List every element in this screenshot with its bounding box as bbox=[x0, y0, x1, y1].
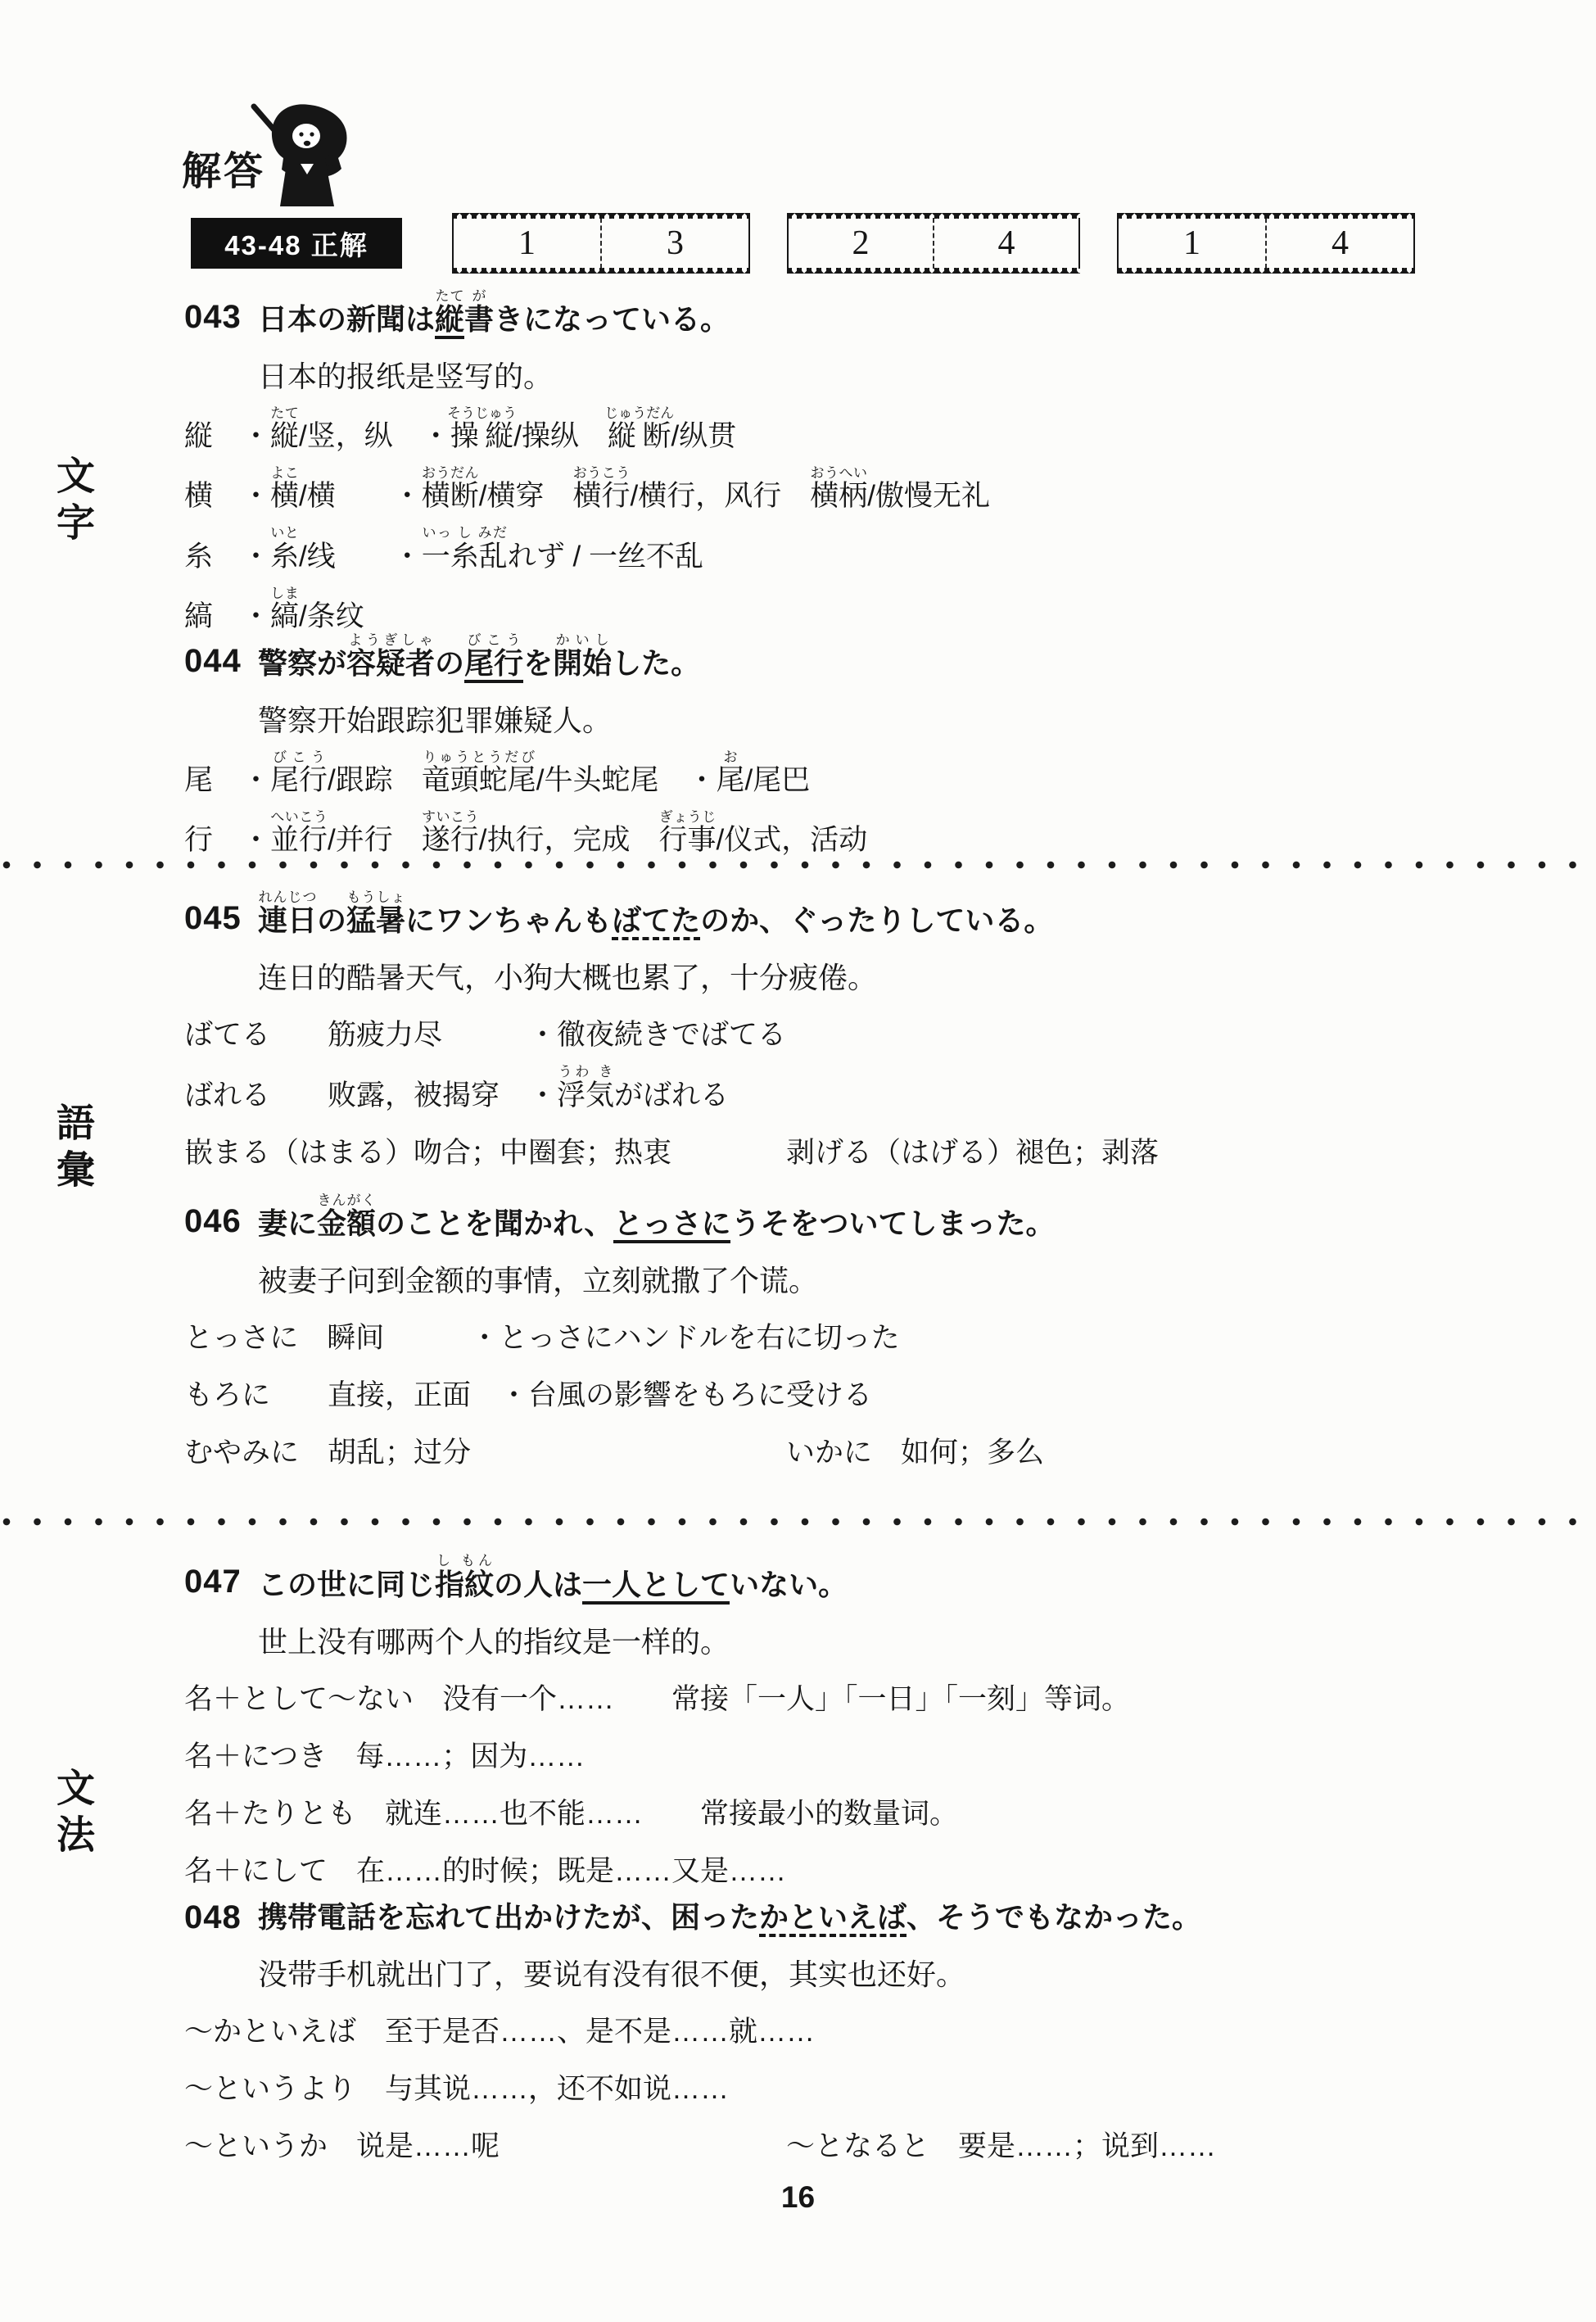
text-segment: /仪式，活动 bbox=[717, 824, 868, 856]
text-segment: むやみに 胡乱；过分 いかに 如何；多么 bbox=[184, 1437, 1044, 1469]
text-segment: /执行，完成 bbox=[479, 824, 659, 856]
question-section-048: 048 携帯電話を忘れて出かけたが、困ったかといえば、そうでもなかった。 没带手… bbox=[184, 1889, 1560, 2175]
question-title: 046 妻に金額きんがくのことを聞かれ、とっさにうそをついてしまった。 bbox=[184, 1193, 1560, 1252]
text-segment: /尾巴 bbox=[745, 764, 811, 796]
answer-value: 4 bbox=[933, 218, 1078, 269]
ruby-text-segment: 尾お bbox=[717, 764, 745, 796]
answer-box-2: 2 4 bbox=[787, 218, 1080, 269]
ruby-text-segment: 操縦そうじゅう bbox=[450, 420, 514, 452]
vocab-row: 尾 ・尾行びこう/跟踪 竜頭蛇尾りゅうとうだび/牛头蛇尾 ・尾お/尾巴 bbox=[184, 749, 1560, 809]
answer-box-1: 1 3 bbox=[452, 218, 750, 269]
answer-value: 1 bbox=[1119, 218, 1265, 269]
sidebar-label-bunpo: 文法 bbox=[46, 1768, 101, 1861]
vocab-row: 名＋として〜ない 没有一个…… 常接「一人」「一日」「一刻」等词。 bbox=[184, 1671, 1560, 1728]
text-segment: 名＋たりとも 就连……也不能…… 常接最小的数量词。 bbox=[184, 1798, 958, 1830]
text-segment: 嵌まる（はまる）吻合；中圈套；热衷 剥げる（はげる）褪色；剥落 bbox=[184, 1137, 1159, 1169]
ruby-text-segment: 並行へいこう bbox=[270, 824, 328, 856]
text-segment: 名＋として〜ない 没有一个…… 常接「一人」「一日」「一刻」等词。 bbox=[184, 1683, 1130, 1715]
question-translation: 日本的报纸是竖写的。 bbox=[258, 348, 1560, 405]
question-section-045: 045 連日れんじつの猛暑もうしょにワンちゃんもばてたのか、ぐったりしている。 … bbox=[184, 889, 1560, 1182]
text-segment: 一人として bbox=[582, 1568, 730, 1605]
question-translation: 警察开始跟踪犯罪嫌疑人。 bbox=[258, 692, 1560, 749]
ruby-text-segment: 一糸乱いっ し みだ bbox=[422, 541, 508, 573]
vocab-row: 縦 ・縦たて/竖，纵 ・操縦そうじゅう/操纵 縦断じゅうだん/纵贯 bbox=[184, 405, 1560, 465]
answer-range-badge: 43-48 正解 bbox=[191, 218, 402, 269]
vocab-row: 名＋たりとも 就连……也不能…… 常接最小的数量词。 bbox=[184, 1786, 1560, 1843]
text-segment: 行 ・ bbox=[184, 824, 270, 856]
text-segment: のか、ぐったりしている。 bbox=[700, 903, 1053, 937]
text-segment: 〜というか 说是……呢 〜となると 要是……；说到…… bbox=[184, 2130, 1216, 2162]
text-segment: /横 ・ bbox=[299, 480, 422, 512]
sidebar-label-goi: 語彙 bbox=[46, 1102, 101, 1196]
question-sentence: この世に同じ指紋し もんの人は一人としていない。 bbox=[258, 1553, 848, 1614]
teacher-girl-icon bbox=[246, 100, 360, 210]
question-title: 044 警察が容疑者ようぎしゃの尾行びこうを開始かいしした。 bbox=[184, 632, 1560, 692]
text-segment: /操纵 bbox=[513, 420, 608, 452]
text-segment: /牛头蛇尾 ・ bbox=[536, 764, 717, 796]
text-segment: /横行，风行 bbox=[631, 480, 811, 512]
text-segment: ばれる 败露，被揭穿 ・ bbox=[184, 1080, 557, 1111]
ruby-text-segment: 縦たて bbox=[270, 420, 299, 452]
question-translation: 没带手机就出门了，要说有没有很不便，其实也还好。 bbox=[258, 1946, 1560, 2003]
text-segment: /傲慢无礼 bbox=[867, 480, 990, 512]
question-number: 045 bbox=[184, 889, 258, 949]
vocab-row: ばれる 败露，被揭穿 ・浮気うわ きがばれる bbox=[184, 1064, 1560, 1125]
textbook-answer-page: 解答 43-48 正解 1 3 2 4 1 4 文字 語彙 文 bbox=[0, 0, 1596, 2322]
ruby-text-segment: 縦たて bbox=[435, 302, 464, 339]
vocab-rows: ばてる 筋疲力尽 ・徹夜続きでばてるばれる 败露，被揭穿 ・浮気うわ きがばれる… bbox=[184, 1007, 1560, 1182]
question-sentence: 警察が容疑者ようぎしゃの尾行びこうを開始かいしした。 bbox=[258, 632, 700, 692]
text-segment: 糸 ・ bbox=[184, 541, 270, 573]
ruby-text-segment: 横断おうだん bbox=[422, 480, 479, 512]
answer-value: 1 bbox=[454, 218, 600, 269]
text-segment: /条纹 bbox=[299, 600, 364, 632]
text-segment: 妻に bbox=[258, 1206, 317, 1240]
text-segment: 携帯電話を忘れて出かけたが、困った bbox=[258, 1900, 759, 1934]
answer-box-3: 1 4 bbox=[1117, 218, 1415, 269]
vocab-rows: とっさに 瞬间 ・とっさにハンドルを右に切ったもろに 直接，正面 ・台風の影響を… bbox=[184, 1310, 1560, 1482]
text-segment: の人は bbox=[494, 1568, 582, 1601]
text-segment: 尾 ・ bbox=[184, 764, 270, 796]
vocab-row: ばてる 筋疲力尽 ・徹夜続きでばてる bbox=[184, 1007, 1560, 1064]
text-segment: とっさに bbox=[613, 1206, 730, 1243]
text-segment: とっさに 瞬间 ・とっさにハンドルを右に切った bbox=[184, 1322, 900, 1354]
text-segment: ばてる 筋疲力尽 ・徹夜続きでばてる bbox=[184, 1019, 786, 1051]
ruby-text-segment: 金額きんがく bbox=[317, 1206, 376, 1240]
ruby-text-segment: 猛暑もうしょ bbox=[346, 903, 405, 937]
question-title: 045 連日れんじつの猛暑もうしょにワンちゃんもばてたのか、ぐったりしている。 bbox=[184, 889, 1560, 949]
text-segment: いない。 bbox=[730, 1568, 848, 1601]
question-section-047: 047 この世に同じ指紋し もんの人は一人としていない。 世上没有哪两个人的指纹… bbox=[184, 1553, 1560, 1900]
question-title: 047 この世に同じ指紋し もんの人は一人としていない。 bbox=[184, 1553, 1560, 1614]
question-number: 048 bbox=[184, 1889, 258, 1946]
text-segment: /横穿 bbox=[479, 480, 573, 512]
question-translation: 世上没有哪两个人的指纹是一样的。 bbox=[258, 1614, 1560, 1671]
dotted-separator bbox=[0, 1515, 1596, 1528]
vocab-row: むやみに 胡乱；过分 いかに 如何；多么 bbox=[184, 1424, 1560, 1482]
text-segment: /竖，纵 ・ bbox=[299, 420, 450, 452]
ruby-text-segment: 連日れんじつ bbox=[258, 903, 317, 937]
text-segment: 〜というより 与其说……，还不如说…… bbox=[184, 2073, 729, 2105]
vocab-row: 〜かといえば 至于是否……、是不是……就…… bbox=[184, 2003, 1560, 2061]
page-number: 16 bbox=[0, 2180, 1596, 2215]
text-segment: ばてた bbox=[612, 903, 700, 940]
text-segment: 警察が bbox=[258, 646, 346, 680]
vocab-row: 行 ・並行へいこう/并行 遂行すいこう/执行，完成 行事ぎょうじ/仪式，活动 bbox=[184, 809, 1560, 869]
vocab-rows: 縦 ・縦たて/竖，纵 ・操縦そうじゅう/操纵 縦断じゅうだん/纵贯横 ・横よこ/… bbox=[184, 405, 1560, 645]
text-segment: この世に同じ bbox=[258, 1568, 435, 1601]
ruby-text-segment: 横行おうこう bbox=[573, 480, 631, 512]
ruby-text-segment: 横よこ bbox=[270, 480, 299, 512]
text-segment: の bbox=[435, 646, 464, 680]
answer-value: 4 bbox=[1265, 218, 1413, 269]
ruby-text-segment: 横柄おうへい bbox=[810, 480, 867, 512]
text-segment: 、そうでもなかった。 bbox=[907, 1900, 1201, 1934]
text-segment: もろに 直接，正面 ・台風の影響をもろに受ける bbox=[184, 1379, 872, 1411]
question-title: 043 日本の新聞は縦たて書がきになっている。 bbox=[184, 288, 1560, 348]
ruby-text-segment: 縞しま bbox=[270, 600, 299, 632]
text-segment: うそをついてしまった。 bbox=[730, 1206, 1055, 1240]
vocab-row: 〜というか 说是……呢 〜となると 要是……；说到…… bbox=[184, 2118, 1560, 2175]
question-title: 048 携帯電話を忘れて出かけたが、困ったかといえば、そうでもなかった。 bbox=[184, 1889, 1560, 1946]
question-sentence: 携帯電話を忘れて出かけたが、困ったかといえば、そうでもなかった。 bbox=[258, 1889, 1201, 1946]
text-segment: 名＋にして 在……的时候；既是……又是…… bbox=[184, 1855, 786, 1887]
text-segment: /线 ・ bbox=[299, 541, 422, 573]
question-section-044: 044 警察が容疑者ようぎしゃの尾行びこうを開始かいしした。 警察开始跟踪犯罪嫌… bbox=[184, 632, 1560, 869]
text-segment: 縞 ・ bbox=[184, 600, 270, 632]
vocab-row: 名＋につき 每……；因为…… bbox=[184, 1728, 1560, 1786]
question-number: 043 bbox=[184, 288, 258, 348]
text-segment: のことを聞かれ、 bbox=[376, 1206, 613, 1240]
teacher-girl-illustration bbox=[246, 100, 360, 206]
ruby-text-segment: 浮気うわ き bbox=[557, 1080, 614, 1111]
vocab-rows: 〜かといえば 至于是否……、是不是……就……〜というより 与其说……，还不如说…… bbox=[184, 2003, 1560, 2175]
vocab-row: 〜というより 与其说……，还不如说…… bbox=[184, 2061, 1560, 2118]
question-section-046: 046 妻に金額きんがくのことを聞かれ、とっさにうそをついてしまった。 被妻子问… bbox=[184, 1193, 1560, 1482]
text-segment: 横 ・ bbox=[184, 480, 270, 512]
question-number: 047 bbox=[184, 1553, 258, 1614]
question-section-043: 043 日本の新聞は縦たて書がきになっている。 日本的报纸是竖写的。 縦 ・縦た… bbox=[184, 288, 1560, 645]
text-segment: 縦 ・ bbox=[184, 420, 270, 452]
text-segment: れず / 一丝不乱 bbox=[508, 541, 703, 573]
ruby-text-segment: 竜頭蛇尾りゅうとうだび bbox=[422, 764, 536, 796]
ruby-text-segment: 行事ぎょうじ bbox=[659, 824, 717, 856]
text-segment: /并行 bbox=[328, 824, 422, 856]
ruby-text-segment: 糸いと bbox=[270, 541, 299, 573]
ruby-text-segment: 容疑者ようぎしゃ bbox=[346, 646, 435, 680]
ruby-text-segment: 縦断じゅうだん bbox=[608, 420, 671, 452]
vocab-row: 横 ・横よこ/横 ・横断おうだん/横穿 横行おうこう/横行，风行 横柄おうへい/… bbox=[184, 465, 1560, 525]
text-segment: かといえば bbox=[759, 1900, 907, 1937]
ruby-text-segment: 書が bbox=[464, 302, 494, 336]
vocab-row: 嵌まる（はまる）吻合；中圈套；热衷 剥げる（はげる）褪色；剥落 bbox=[184, 1125, 1560, 1182]
text-segment: の bbox=[317, 903, 346, 937]
question-sentence: 連日れんじつの猛暑もうしょにワンちゃんもばてたのか、ぐったりしている。 bbox=[258, 889, 1053, 949]
question-sentence: 日本の新聞は縦たて書がきになっている。 bbox=[258, 288, 730, 348]
text-segment: した。 bbox=[612, 646, 700, 680]
text-segment: /纵贯 bbox=[671, 420, 737, 452]
text-segment: がばれる bbox=[614, 1080, 729, 1111]
text-segment: を bbox=[523, 646, 553, 680]
question-number: 044 bbox=[184, 632, 258, 692]
question-translation: 被妻子问到金额的事情，立刻就撒了个谎。 bbox=[258, 1252, 1560, 1310]
vocab-row: とっさに 瞬间 ・とっさにハンドルを右に切った bbox=[184, 1310, 1560, 1367]
ruby-text-segment: 尾行びこう bbox=[270, 764, 328, 796]
ruby-text-segment: 尾行びこう bbox=[464, 646, 523, 683]
text-segment: にワンちゃんも bbox=[405, 903, 612, 937]
text-segment: きになっている。 bbox=[494, 302, 730, 336]
text-segment: 名＋につき 每……；因为…… bbox=[184, 1740, 585, 1772]
vocab-row: もろに 直接，正面 ・台風の影響をもろに受ける bbox=[184, 1367, 1560, 1424]
answer-value: 3 bbox=[600, 218, 748, 269]
vocab-rows: 尾 ・尾行びこう/跟踪 竜頭蛇尾りゅうとうだび/牛头蛇尾 ・尾お/尾巴行 ・並行… bbox=[184, 749, 1560, 869]
text-segment: 日本の新聞は bbox=[258, 302, 435, 336]
question-sentence: 妻に金額きんがくのことを聞かれ、とっさにうそをついてしまった。 bbox=[258, 1193, 1056, 1252]
answer-value: 2 bbox=[789, 218, 933, 269]
question-number: 046 bbox=[184, 1193, 258, 1252]
vocab-row: 糸 ・糸いと/线 ・一糸乱いっ し みだれず / 一丝不乱 bbox=[184, 525, 1560, 586]
answer-key-row: 43-48 正解 1 3 2 4 1 4 bbox=[0, 218, 1596, 270]
sidebar-label-moji: 文字 bbox=[46, 455, 101, 549]
text-segment: 〜かといえば 至于是否……、是不是……就…… bbox=[184, 2016, 815, 2048]
vocab-rows: 名＋として〜ない 没有一个…… 常接「一人」「一日」「一刻」等词。名＋につき 每… bbox=[184, 1671, 1560, 1900]
ruby-text-segment: 遂行すいこう bbox=[422, 824, 479, 856]
question-translation: 连日的酷暑天气，小狗大概也累了，十分疲倦。 bbox=[258, 949, 1560, 1007]
ruby-text-segment: 開始かいし bbox=[553, 646, 612, 680]
ruby-text-segment: 指紋し もん bbox=[435, 1568, 494, 1601]
text-segment: /跟踪 bbox=[328, 764, 422, 796]
